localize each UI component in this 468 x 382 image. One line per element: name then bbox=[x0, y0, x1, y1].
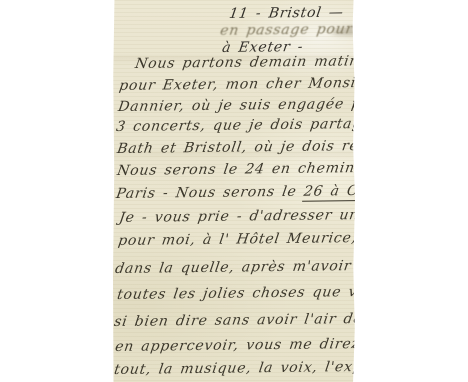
letter-line: Bath et Bristoll, où je dois revenir bbox=[116, 138, 400, 157]
line-tail-text bbox=[434, 283, 436, 299]
line-underlined-text: 26 à Calais bbox=[302, 183, 396, 202]
line-tail-text bbox=[381, 75, 383, 91]
line-tail-text bbox=[358, 53, 360, 69]
line-tail-text bbox=[394, 336, 396, 352]
letter-line: dans la quelle, après m'avoir dit bbox=[114, 258, 381, 277]
letter-line: Paris - Nous serons le 26 à Calais - bbox=[115, 182, 409, 202]
letter-line: en appercevoir, vous me direz que bbox=[114, 336, 397, 355]
line-text: Nous partons demain matin bbox=[134, 53, 360, 72]
line-text: Dannier, où je suis engagée pour bbox=[117, 96, 389, 115]
line-underlined-text bbox=[426, 115, 429, 133]
line-underlined-text bbox=[398, 138, 401, 156]
letter-line: 3 concerts, que je dois partager entre bbox=[115, 115, 429, 135]
line-tail-text bbox=[387, 96, 389, 112]
line-underlined-text bbox=[379, 258, 382, 276]
heading-route-line: en passage pour aller bbox=[219, 21, 398, 39]
line-underlined-text bbox=[355, 230, 358, 248]
line-text: Bath et Bristoll, où je dois revenir bbox=[116, 138, 400, 157]
letter-paper: 11 - Bristol — en passage pour aller à E… bbox=[113, 0, 355, 382]
letter-line: Nous partons demain matin bbox=[134, 53, 360, 72]
letter-scan: 11 - Bristol — en passage pour aller à E… bbox=[0, 0, 468, 382]
letter-line: Je - vous prie - d'adresser une lettre bbox=[118, 206, 421, 226]
line-tail-text bbox=[418, 206, 420, 222]
line-underlined-text bbox=[423, 358, 426, 376]
line-text: Paris - Nous serons le bbox=[115, 184, 305, 202]
line-underlined-text bbox=[381, 75, 384, 93]
line-underlined-text bbox=[404, 310, 407, 328]
line-underlined-text bbox=[358, 53, 361, 71]
line-tail-text bbox=[427, 115, 429, 131]
line-text: pour Exeter, mon cher Monsieur bbox=[118, 75, 384, 94]
letter-line: si bien dire sans avoir l'air de vous bbox=[113, 310, 407, 330]
line-tail-text bbox=[424, 358, 426, 374]
letter-line: pour Exeter, mon cher Monsieur bbox=[118, 75, 384, 94]
line-text: pour moi, à l' Hôtel Meurice, bbox=[117, 230, 358, 249]
line-tail-text bbox=[398, 138, 400, 154]
line-underlined-text bbox=[397, 160, 400, 178]
letter-line: Dannier, où je suis engagée pour bbox=[117, 96, 389, 115]
letter-line: tout, la musique, la voix, l'expression, bbox=[113, 358, 426, 378]
letter-line: Nous serons le 24 en chemin pour bbox=[116, 160, 400, 179]
line-tail-text bbox=[404, 310, 406, 326]
line-tail-text bbox=[397, 160, 399, 176]
line-underlined-text bbox=[433, 283, 436, 301]
line-text: Je - vous prie - d'adresser une lettre bbox=[118, 206, 421, 226]
line-text: tout, la musique, la voix, l'expression, bbox=[113, 358, 426, 378]
line-underlined-text bbox=[394, 336, 397, 354]
line-text: Nous serons le 24 en chemin pour bbox=[116, 160, 400, 179]
line-text: dans la quelle, après m'avoir dit bbox=[114, 258, 381, 277]
letter-line: toutes les jolies choses que vous savez bbox=[116, 283, 436, 303]
letter-line: pour moi, à l' Hôtel Meurice, bbox=[117, 230, 358, 249]
line-tail-text bbox=[379, 258, 381, 274]
line-underlined-text bbox=[386, 96, 389, 114]
line-text: en appercevoir, vous me direz que bbox=[114, 336, 397, 355]
line-tail-text: - bbox=[394, 182, 409, 198]
line-text: si bien dire sans avoir l'air de vous bbox=[113, 310, 407, 330]
line-underlined-text bbox=[418, 206, 421, 224]
line-tail-text bbox=[356, 230, 358, 246]
line-text: toutes les jolies choses que vous savez bbox=[116, 283, 436, 303]
heading-place-line: 11 - Bristol — bbox=[228, 5, 345, 22]
line-text: 3 concerts, que je dois partager entre bbox=[115, 115, 429, 135]
